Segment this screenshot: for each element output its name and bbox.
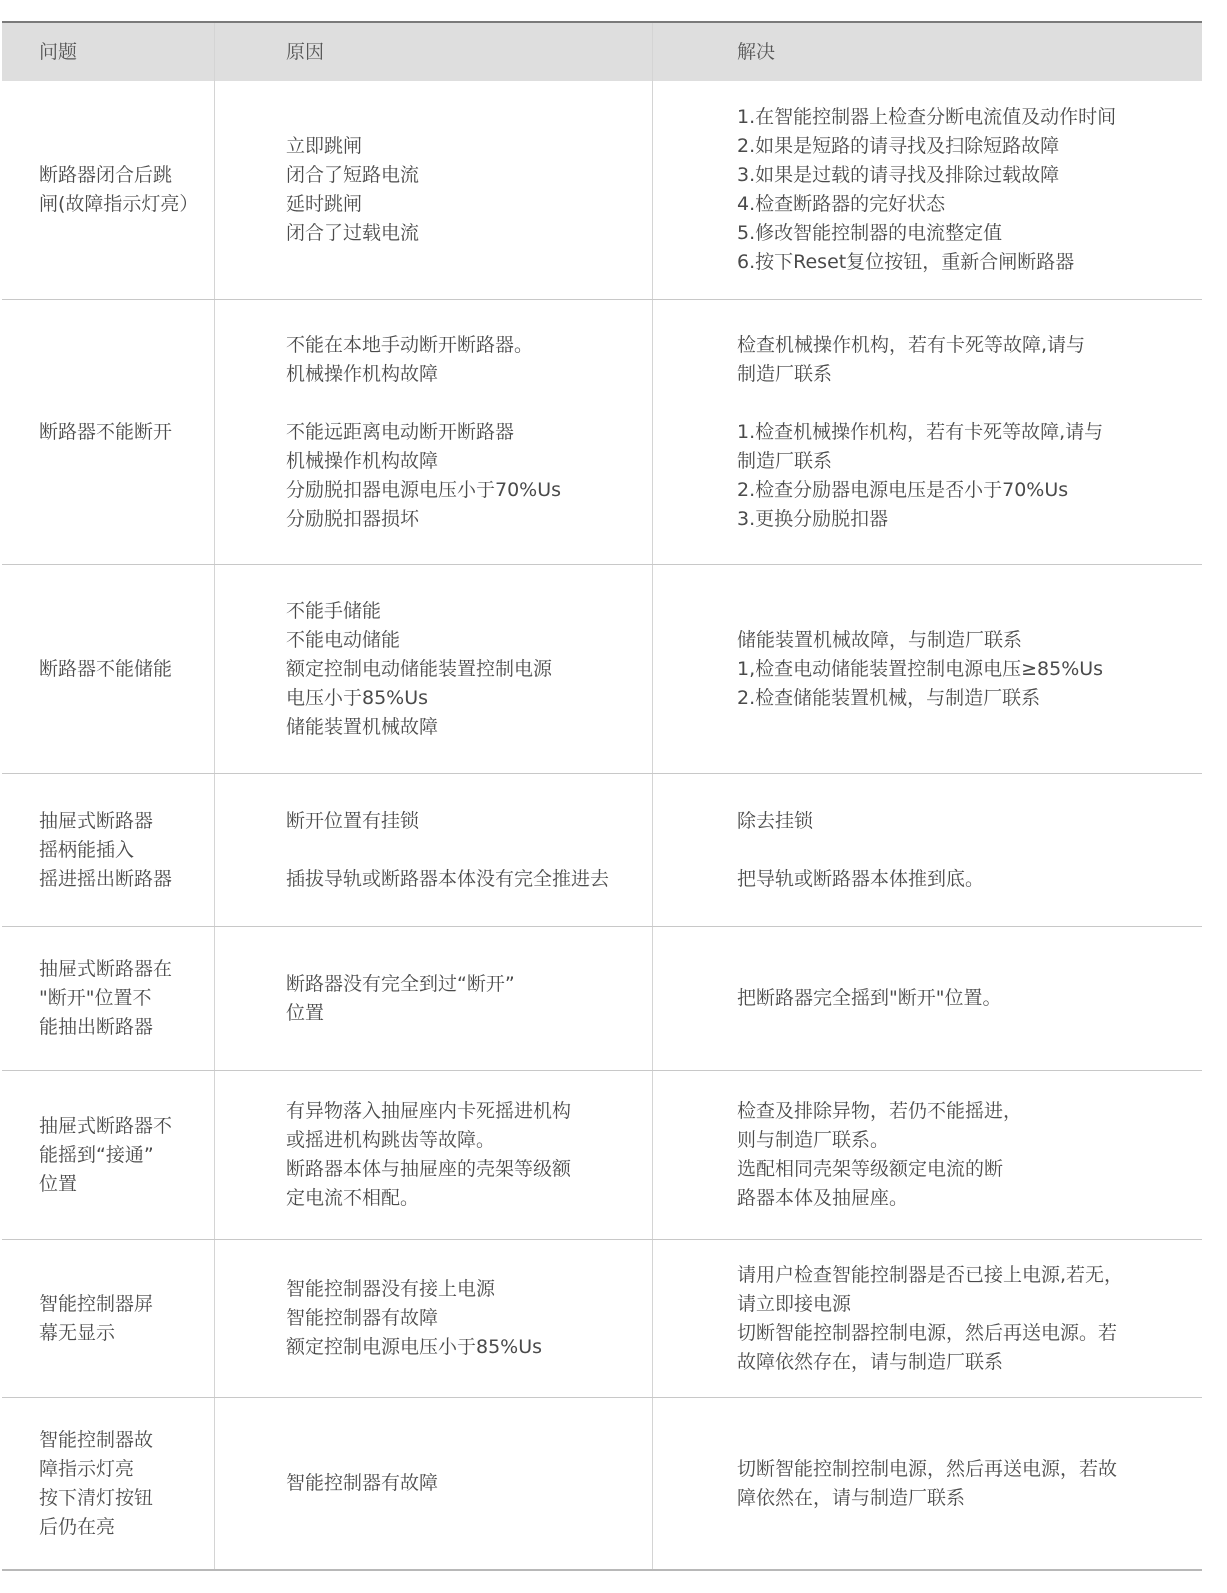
problem-cell: 断路器闭合后跳 闸(故障指示灯亮）	[2, 81, 215, 299]
solution-cell: 除去挂锁 把导轨或断路器本体推到底。	[653, 774, 1202, 926]
problem-cell: 抽屉式断路器 摇柄能插入 摇进摇出断路器	[2, 774, 215, 926]
header-cause: 原因	[215, 23, 653, 81]
problem-cell: 抽屉式断路器不 能摇到“接通” 位置	[2, 1071, 215, 1239]
problem-cell: 断路器不能断开	[2, 300, 215, 564]
table-row: 抽屉式断路器不 能摇到“接通” 位置 有异物落入抽屉座内卡死摇进机构 或摇进机构…	[2, 1071, 1202, 1240]
table-row: 抽屉式断路器在 "断开"位置不 能抽出断路器 断路器没有完全到过“断开” 位置 …	[2, 927, 1202, 1071]
solution-cell: 储能装置机械故障，与制造厂联系 1,检查电动储能装置控制电源电压≥85%Us 2…	[653, 565, 1202, 773]
table-row: 断路器不能断开 不能在本地手动断开断路器。 机械操作机构故障 不能远距离电动断开…	[2, 300, 1202, 565]
cause-cell: 智能控制器有故障	[215, 1398, 653, 1569]
table-row: 断路器闭合后跳 闸(故障指示灯亮） 立即跳闸 闭合了短路电流 延时跳闸 闭合了过…	[2, 81, 1202, 300]
solution-cell: 1.在智能控制器上检查分断电流值及动作时间 2.如果是短路的请寻找及扫除短路故障…	[653, 81, 1202, 299]
solution-cell: 切断智能控制控制电源，然后再送电源，若故 障依然在，请与制造厂联系	[653, 1398, 1202, 1569]
header-solution: 解决	[653, 23, 1202, 81]
cause-cell: 断开位置有挂锁 插拔导轨或断路器本体没有完全推进去	[215, 774, 653, 926]
solution-cell: 检查及排除异物，若仍不能摇进， 则与制造厂联系。 选配相同壳架等级额定电流的断 …	[653, 1071, 1202, 1239]
solution-cell: 请用户检查智能控制器是否已接上电源,若无， 请立即接电源 切断智能控制器控制电源…	[653, 1240, 1202, 1397]
problem-cell: 智能控制器屏 幕无显示	[2, 1240, 215, 1397]
cause-cell: 智能控制器没有接上电源 智能控制器有故障 额定控制电源电压小于85%Us	[215, 1240, 653, 1397]
cause-cell: 不能手储能 不能电动储能 额定控制电动储能装置控制电源 电压小于85%Us 储能…	[215, 565, 653, 773]
problem-cell: 断路器不能储能	[2, 565, 215, 773]
problem-cell: 抽屉式断路器在 "断开"位置不 能抽出断路器	[2, 927, 215, 1070]
troubleshooting-table: 问题 原因 解决 断路器闭合后跳 闸(故障指示灯亮） 立即跳闸 闭合了短路电流 …	[2, 21, 1202, 1571]
table-row: 智能控制器屏 幕无显示 智能控制器没有接上电源 智能控制器有故障 额定控制电源电…	[2, 1240, 1202, 1398]
header-problem: 问题	[2, 23, 215, 81]
solution-cell: 把断路器完全摇到"断开"位置。	[653, 927, 1202, 1070]
cause-cell: 断路器没有完全到过“断开” 位置	[215, 927, 653, 1070]
cause-cell: 不能在本地手动断开断路器。 机械操作机构故障 不能远距离电动断开断路器 机械操作…	[215, 300, 653, 564]
problem-cell: 智能控制器故 障指示灯亮 按下清灯按钮 后仍在亮	[2, 1398, 215, 1569]
cause-cell: 有异物落入抽屉座内卡死摇进机构 或摇进机构跳齿等故障。 断路器本体与抽屉座的壳架…	[215, 1071, 653, 1239]
cause-cell: 立即跳闸 闭合了短路电流 延时跳闸 闭合了过载电流	[215, 81, 653, 299]
table-row: 抽屉式断路器 摇柄能插入 摇进摇出断路器 断开位置有挂锁 插拔导轨或断路器本体没…	[2, 774, 1202, 927]
solution-cell: 检查机械操作机构，若有卡死等故障,请与 制造厂联系 1.检查机械操作机构，若有卡…	[653, 300, 1202, 564]
table-header-row: 问题 原因 解决	[2, 23, 1202, 81]
table-row: 断路器不能储能 不能手储能 不能电动储能 额定控制电动储能装置控制电源 电压小于…	[2, 565, 1202, 774]
table-row: 智能控制器故 障指示灯亮 按下清灯按钮 后仍在亮 智能控制器有故障 切断智能控制…	[2, 1398, 1202, 1569]
